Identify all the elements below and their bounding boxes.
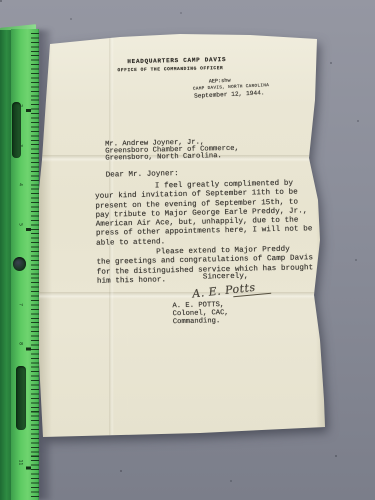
ruler-number: 8 xyxy=(18,339,23,349)
letter-content: HEADQUARTERS CAMP DAVIS OFFICE OF THE CO… xyxy=(32,30,330,442)
ruler-number: 4 xyxy=(18,180,23,190)
ruler-hole xyxy=(13,257,26,271)
ruler-number: 7 xyxy=(18,299,23,309)
paragraph-1: I feel greatly complimented byyour kind … xyxy=(95,179,313,249)
letterhead-line1: HEADQUARTERS CAMP DAVIS xyxy=(127,56,226,65)
dust-specks xyxy=(0,0,2,2)
reference-initials: AEP:shw xyxy=(209,78,231,85)
salutation: Dear Mr. Joyner: xyxy=(106,170,179,180)
ruler-number: 11 xyxy=(18,458,23,468)
closing: Sincerely, xyxy=(203,273,249,282)
ruler-slot xyxy=(12,102,21,158)
address-block: Mr. Andrew Joyner, Jr.,Greensboro Chambe… xyxy=(105,139,239,163)
letterhead-line2: OFFICE OF THE COMMANDING OFFICER xyxy=(117,66,223,73)
paper-sheet: HEADQUARTERS CAMP DAVIS OFFICE OF THE CO… xyxy=(36,33,326,439)
signature-block: A. E. POTTS,Colonel, CAC,Commanding. xyxy=(172,301,229,326)
ruler-minor-ticks xyxy=(31,33,39,500)
letter-line: Commanding. xyxy=(173,317,229,326)
ruler-major-ticks xyxy=(26,29,31,500)
ruler-slot xyxy=(16,366,26,430)
ruler-side-face xyxy=(0,30,11,500)
ruler-number: 5 xyxy=(18,220,23,230)
letter-paper: HEADQUARTERS CAMP DAVIS OFFICE OF THE CO… xyxy=(36,33,326,439)
photo-scene: 234567891011 HEADQUARTERS CAMP DAVIS OFF… xyxy=(0,0,375,500)
letter-line: Greensboro, North Carolina. xyxy=(105,153,239,163)
green-ruler: 234567891011 xyxy=(0,28,39,500)
